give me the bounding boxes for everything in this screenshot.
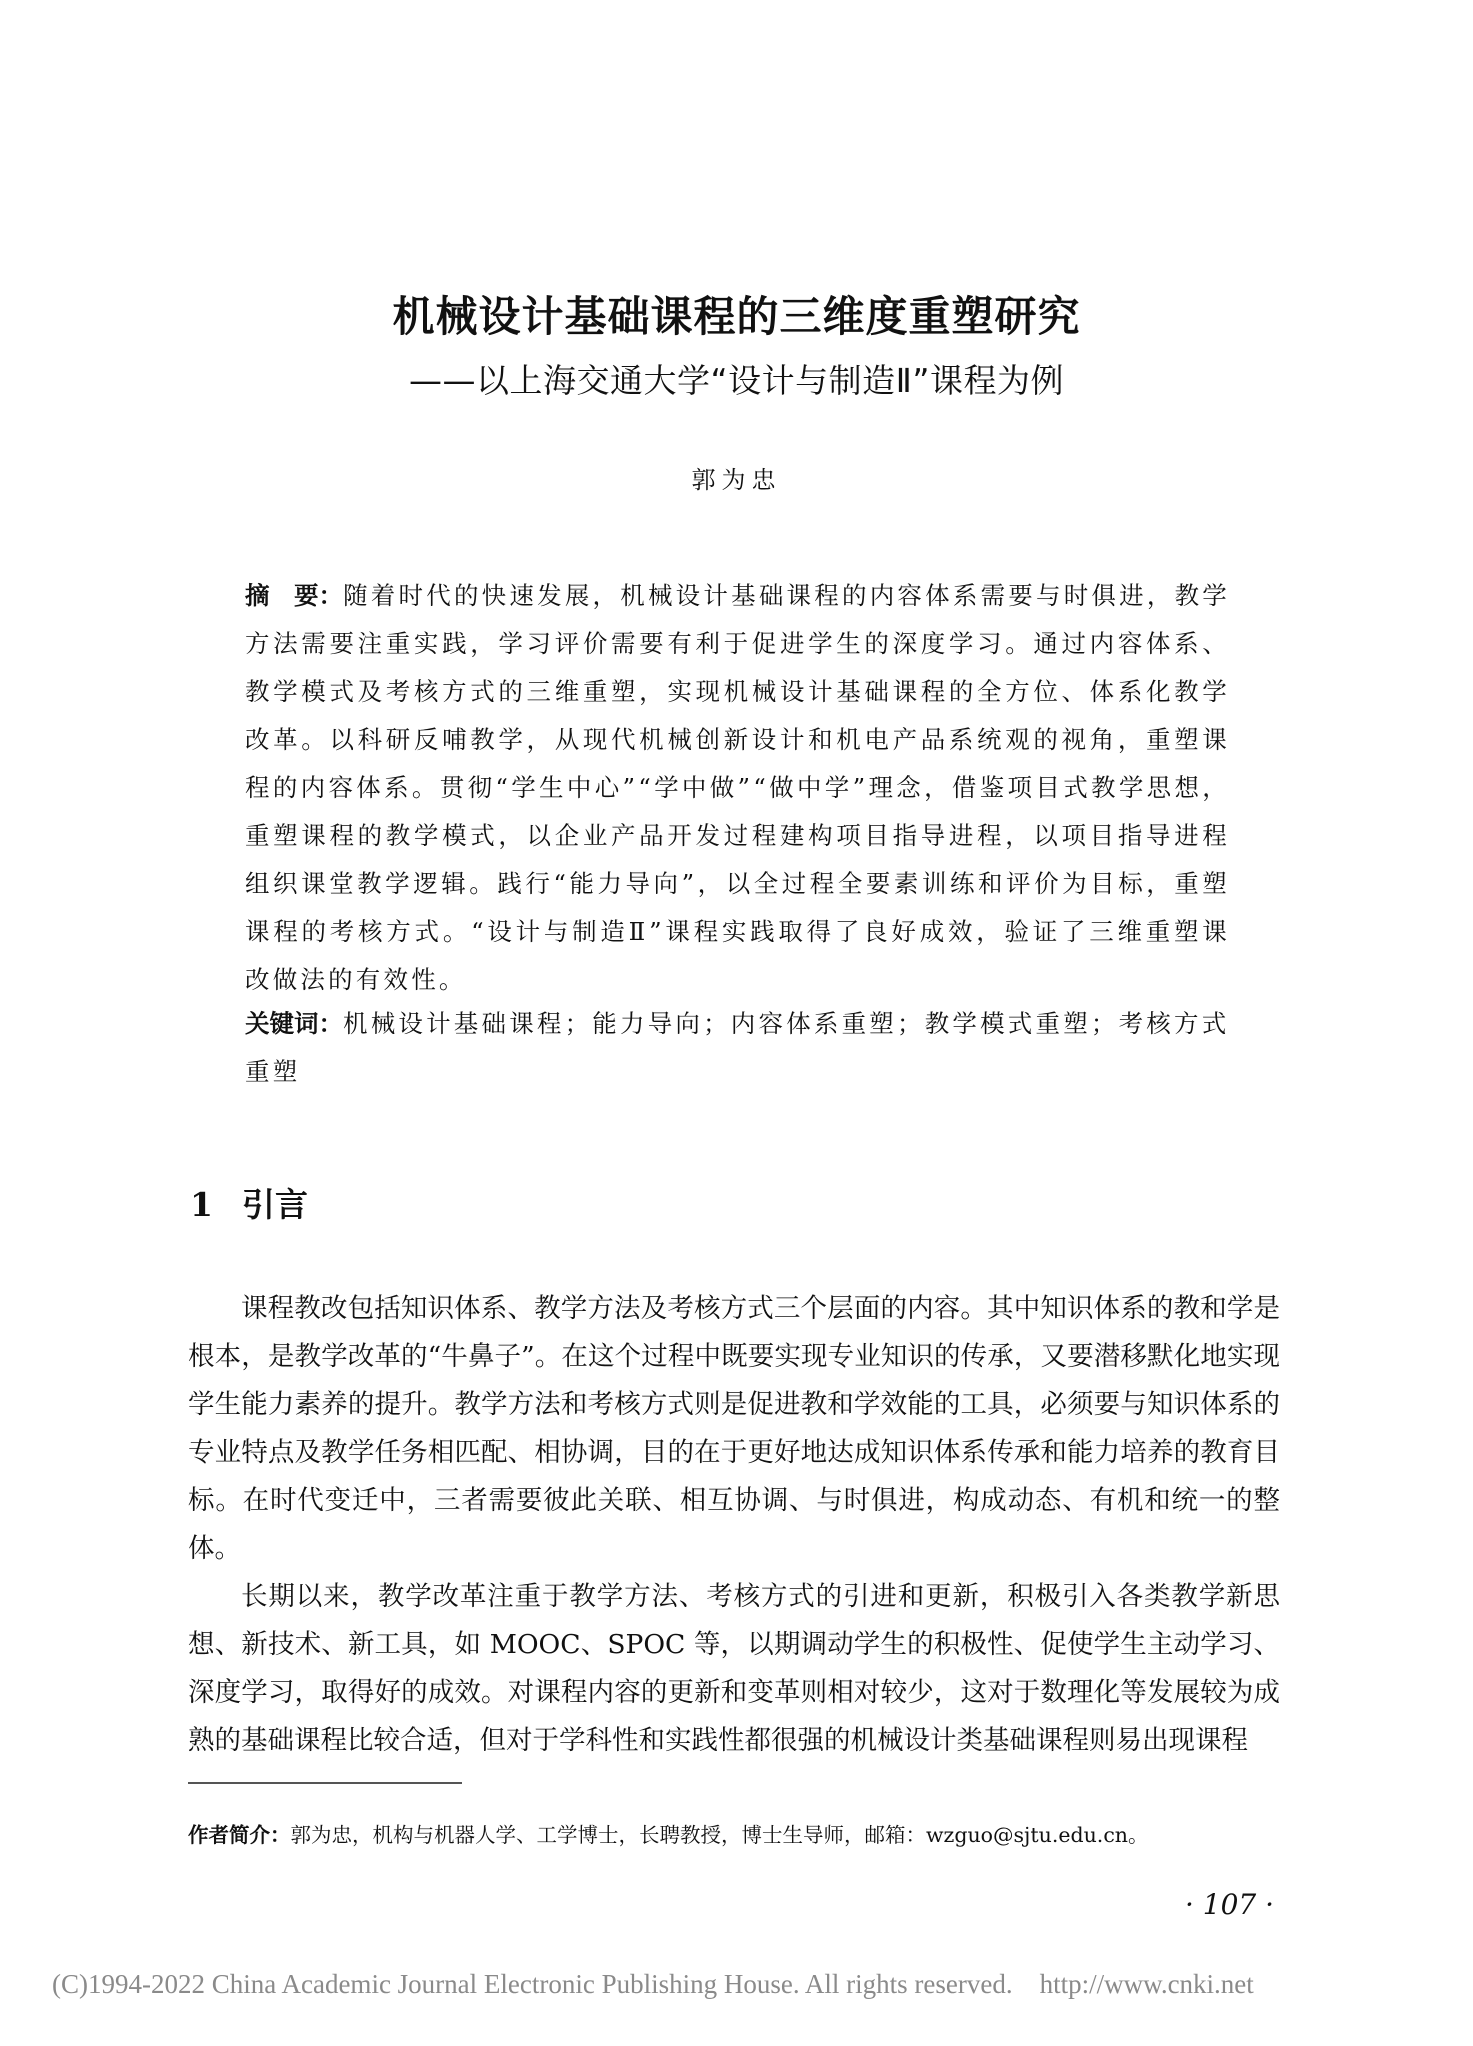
- keywords-label: 关键词：: [245, 1009, 343, 1038]
- abstract-label: 摘 要：: [245, 581, 343, 610]
- author-footnote: 作者简介：郭为忠，机构与机器人学、工学博士，长聘教授，博士生导师，邮箱：wzgu…: [188, 1820, 1149, 1850]
- keywords-block: 关键词：机械设计基础课程；能力导向；内容体系重塑；教学模式重塑；考核方式重塑: [245, 1000, 1230, 1096]
- paper-title: 机械设计基础课程的三维度重塑研究: [0, 292, 1473, 342]
- footnote-divider: [188, 1782, 462, 1784]
- abstract-block: 摘 要：随着时代的快速发展，机械设计基础课程的内容体系需要与时俱进，教学方法需要…: [245, 572, 1230, 1004]
- paper-subtitle: ——以上海交通大学“设计与制造Ⅱ”课程为例: [0, 360, 1473, 402]
- section-heading: 1引言: [190, 1183, 308, 1227]
- abstract-text: 随着时代的快速发展，机械设计基础课程的内容体系需要与时俱进，教学方法需要注重实践…: [245, 581, 1230, 994]
- body-paragraph: 课程教改包括知识体系、教学方法及考核方式三个层面的内容。其中知识体系的教和学是根…: [188, 1285, 1280, 1573]
- footnote-text: 郭为忠，机构与机器人学、工学博士，长聘教授，博士生导师，邮箱：wzguo@sjt…: [291, 1823, 1149, 1847]
- author-name: 郭为忠: [0, 465, 1473, 495]
- keywords-text: 机械设计基础课程；能力导向；内容体系重塑；教学模式重塑；考核方式重塑: [245, 1009, 1229, 1086]
- copyright-watermark: (C)1994-2022 China Academic Journal Elec…: [52, 1968, 1254, 2000]
- footnote-label: 作者简介：: [188, 1823, 291, 1847]
- body-paragraph: 长期以来，教学改革注重于教学方法、考核方式的引进和更新，积极引入各类教学新思想、…: [188, 1573, 1280, 1765]
- section-title: 引言: [242, 1185, 308, 1224]
- page-number: · 107 ·: [1185, 1888, 1274, 1922]
- section-number: 1: [190, 1183, 242, 1227]
- section-body: 课程教改包括知识体系、教学方法及考核方式三个层面的内容。其中知识体系的教和学是根…: [188, 1285, 1280, 1765]
